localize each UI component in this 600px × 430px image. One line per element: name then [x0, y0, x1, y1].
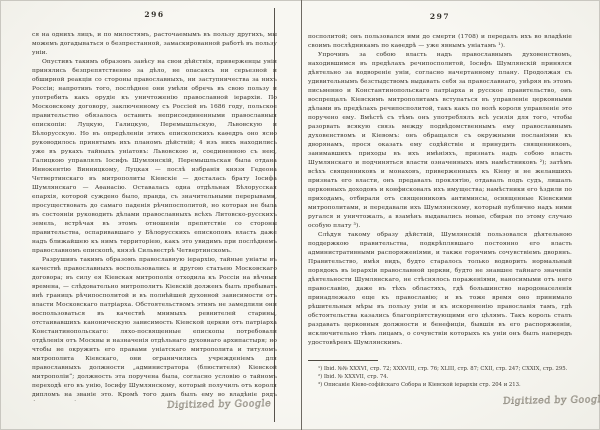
paragraph: Опустивъ такимъ образомъ завѣсу на свои …	[32, 58, 277, 256]
paragraph: Разрушивъ такимъ образомъ православную і…	[32, 256, 277, 401]
footnote-1: ¹) Ibid. №№ XXXVI, стр. 72; XXXVIII, стр…	[308, 365, 572, 373]
page-number-right: 297	[308, 12, 572, 21]
right-page: 297 посполитой; онъ пользовался ими до с…	[308, 12, 572, 389]
paragraph: Слѣдуя такому образу дѣйствій, Шумлянскі…	[308, 231, 572, 348]
book-scan: 296 ся на однихъ лицъ, и по милостямъ, р…	[0, 0, 600, 430]
paragraph-continuation: ся на однихъ лицъ, и по милостямъ, расто…	[32, 31, 277, 58]
footnote-separator	[308, 360, 378, 361]
footnote-3: ³) Описаніе Кіево-софійскаго Собора и Кі…	[308, 381, 572, 389]
left-page-text: ся на однихъ лицъ, и по милостямъ, расто…	[32, 31, 277, 401]
page-gutter-line	[301, 0, 302, 430]
right-page-text: посполитой; онъ пользовался ими до смерт…	[308, 33, 572, 355]
footnotes: ¹) Ibid. №№ XXXVI, стр. 72; XXXVIII, стр…	[308, 360, 572, 389]
paragraph-continuation: посполитой; онъ пользовался ими до смерт…	[308, 33, 572, 51]
left-page: 296 ся на однихъ лицъ, и по милостямъ, р…	[32, 10, 277, 401]
google-watermark: Digitized by Google	[502, 394, 600, 407]
footnote-2: ²) Ibid. № XXXVII, стр. 74.	[308, 373, 572, 381]
page-number-left: 296	[32, 10, 277, 19]
paragraph: Упрочивъ за собою власть надъ православн…	[308, 51, 572, 231]
